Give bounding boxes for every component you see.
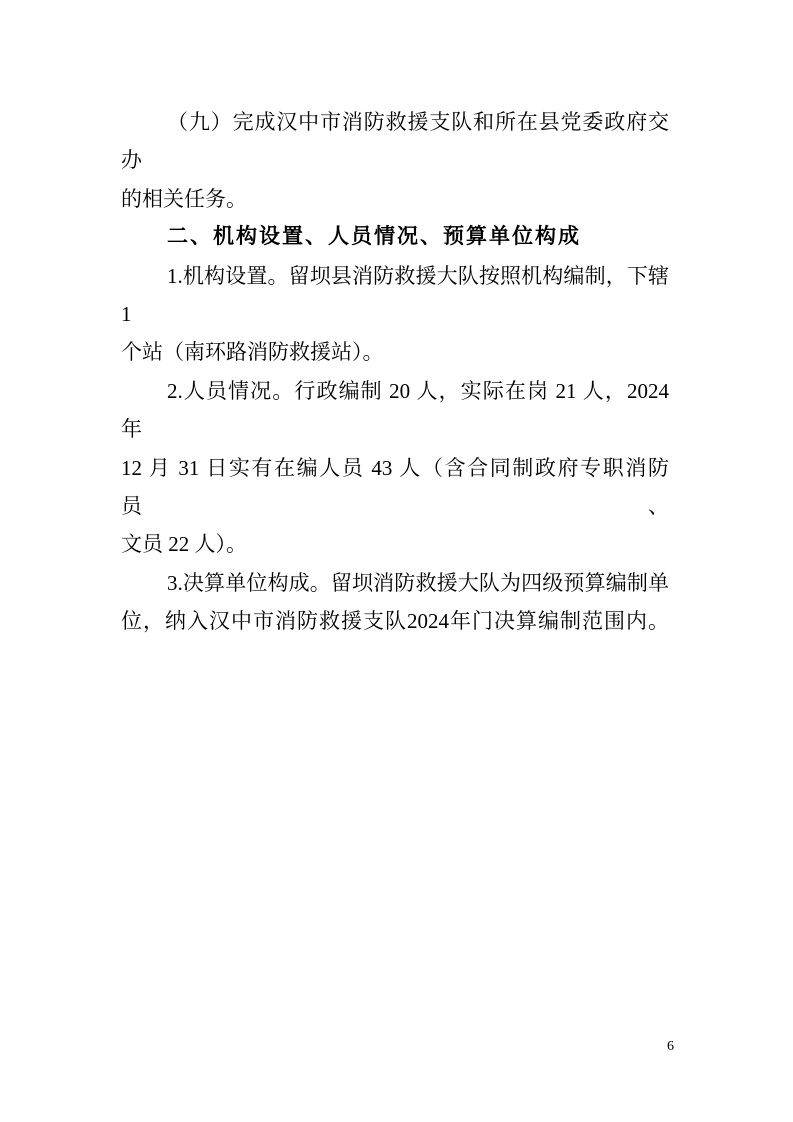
text-line: （九）完成汉中市消防救援支队和所在县党委政府交办 xyxy=(121,103,669,180)
text-line: 12 月 31 日实有在编人员 43 人（含合同制政府专职消防员、 xyxy=(121,449,669,526)
section-heading: 二、机构设置、人员情况、预算单位构成 xyxy=(121,218,669,256)
paragraph-org-setup: 1.机构设置。留坝县消防救援大队按照机构编制，下辖1 个站（南环路消防救援站）。 xyxy=(121,257,669,372)
text-line: 文员 22 人）。 xyxy=(121,525,669,563)
paragraph-budget-unit: 3.决算单位构成。留坝消防救援大队为四级预算编制单 位，纳入汉中市消防救援支队2… xyxy=(121,564,669,641)
page-number: 6 xyxy=(667,1038,674,1056)
document-page: （九）完成汉中市消防救援支队和所在县党委政府交办 的相关任务。 二、机构设置、人… xyxy=(0,0,793,1122)
text-line: 3.决算单位构成。留坝消防救援大队为四级预算编制单 xyxy=(121,564,669,602)
text-line: 2.人员情况。行政编制 20 人，实际在岗 21 人，2024 年 xyxy=(121,372,669,449)
paragraph-personnel: 2.人员情况。行政编制 20 人，实际在岗 21 人，2024 年 12 月 3… xyxy=(121,372,669,564)
text-line: 位，纳入汉中市消防救援支队2024年门决算编制范围内。 xyxy=(121,602,669,640)
paragraph-task-nine: （九）完成汉中市消防救援支队和所在县党委政府交办 的相关任务。 xyxy=(121,103,669,218)
section-heading-text: 二、机构设置、人员情况、预算单位构成 xyxy=(121,218,669,256)
text-line: 个站（南环路消防救援站）。 xyxy=(121,333,669,371)
document-body: （九）完成汉中市消防救援支队和所在县党委政府交办 的相关任务。 二、机构设置、人… xyxy=(121,103,669,641)
text-line: 的相关任务。 xyxy=(121,180,669,218)
text-line: 1.机构设置。留坝县消防救援大队按照机构编制，下辖1 xyxy=(121,257,669,334)
